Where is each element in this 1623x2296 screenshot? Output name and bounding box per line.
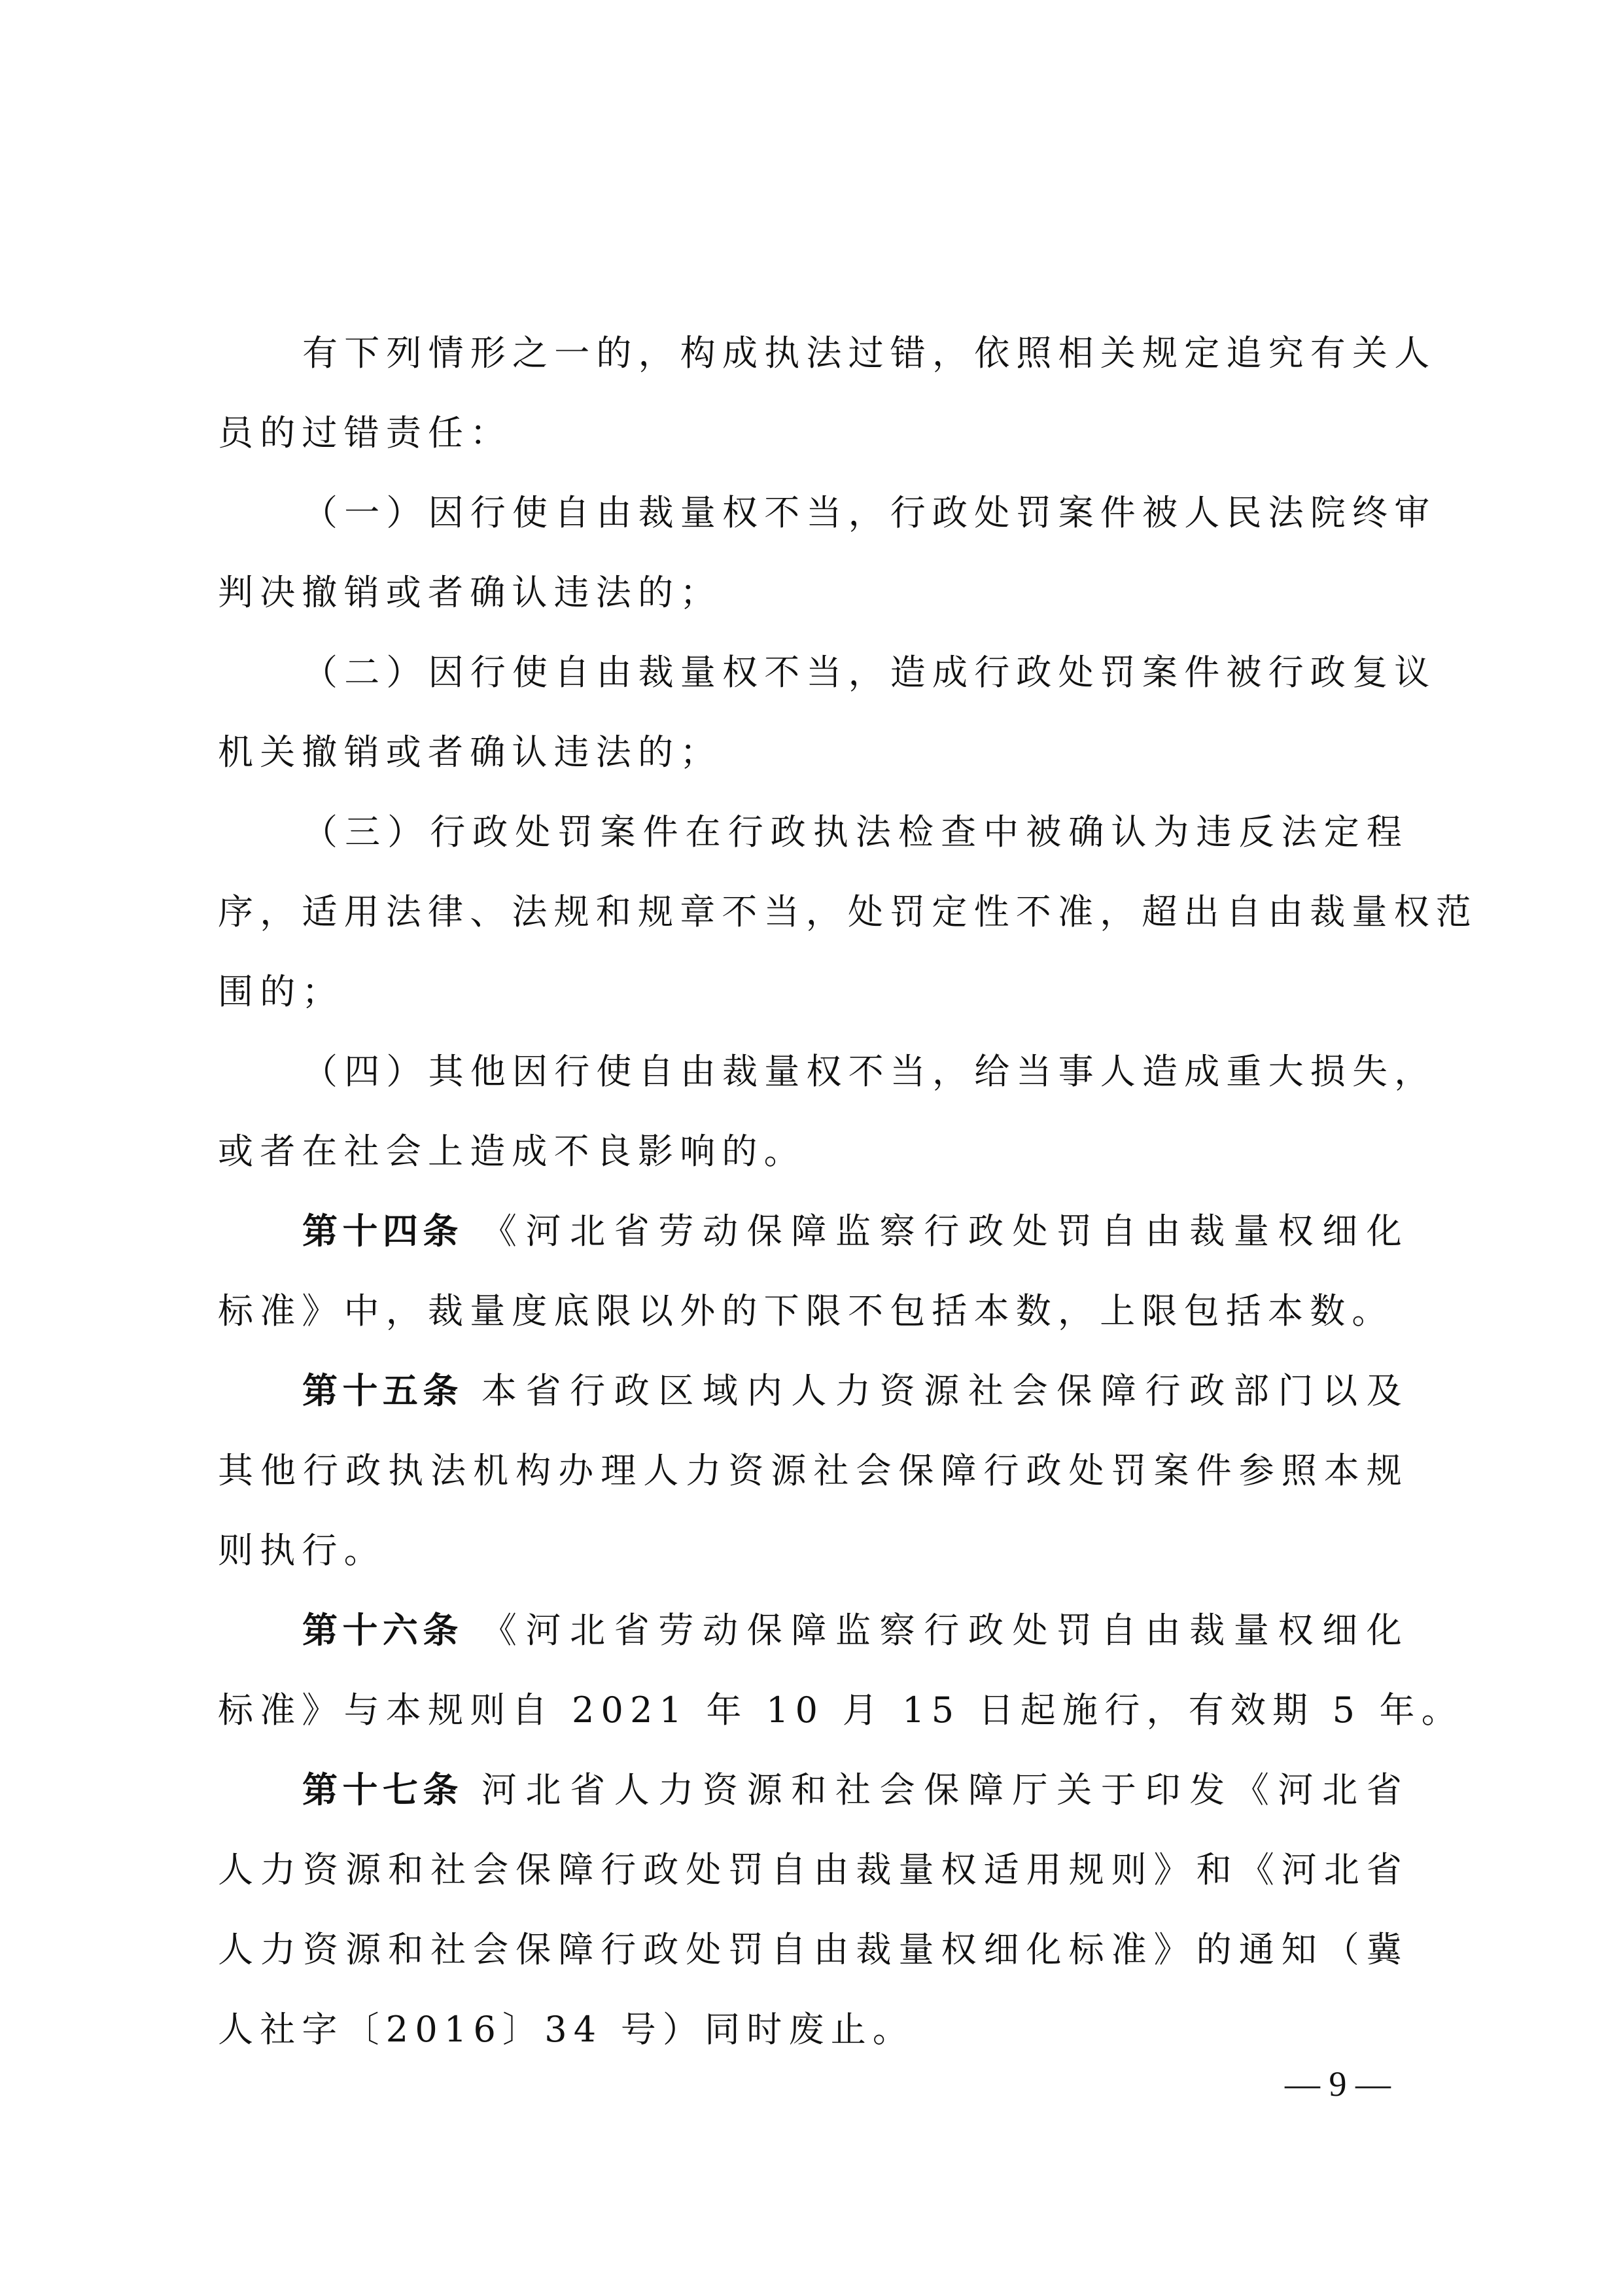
line-text: 标准》与本规则自 2021 年 10 月 15 日起施行，有效期 5 年。: [218, 1689, 1463, 1731]
line-text: 机关撤销或者确认违法的；: [218, 732, 722, 773]
page-number: — 9 —: [1276, 2061, 1400, 2107]
line-text: 人力资源和社会保障行政处罚自由裁量权适用规则》和《河北省: [218, 1849, 1408, 1890]
article-heading: 第十七条: [302, 1769, 463, 1810]
text-line: 人力资源和社会保障行政处罚自由裁量权细化标准》的通知（冀: [218, 1924, 1408, 1976]
text-line: （一）因行使自由裁量权不当，行政处罚案件被人民法院终审: [302, 487, 1408, 539]
document-page: 有下列情形之一的，构成执法过错，依照相关规定追究有关人员的过错责任：（一）因行使…: [0, 0, 1623, 2296]
line-text: （四）其他因行使自由裁量权不当，给当事人造成重大损失，: [302, 1051, 1436, 1092]
text-line: 标准》与本规则自 2021 年 10 月 15 日起施行，有效期 5 年。: [218, 1684, 1408, 1737]
line-text: 围的；: [218, 971, 344, 1012]
line-text: 员的过错责任：: [218, 412, 512, 453]
line-text: 《河北省劳动保障监察行政处罚自由裁量权细化: [481, 1210, 1408, 1252]
article-heading: 第十四条: [302, 1210, 463, 1252]
article-heading: 第十五条: [302, 1370, 463, 1411]
text-line: 围的；: [218, 966, 1408, 1018]
line-text: 人社字〔2016〕34 号）同时废止。: [218, 2009, 915, 2050]
text-line: 判决撤销或者确认违法的；: [218, 567, 1408, 619]
line-text: （三）行政处罚案件在行政执法检查中被确认为违反法定程: [302, 811, 1408, 853]
text-line: 人力资源和社会保障行政处罚自由裁量权适用规则》和《河北省: [218, 1844, 1408, 1896]
line-text: 序，适用法律、法规和规章不当，处罚定性不准，超出自由裁量权范: [218, 891, 1478, 932]
article-line: 第十四条《河北省劳动保障监察行政处罚自由裁量权细化: [302, 1205, 1408, 1258]
line-text: 判决撤销或者确认违法的；: [218, 572, 722, 613]
line-text: 本省行政区域内人力资源社会保障行政部门以及: [481, 1370, 1408, 1411]
text-line: 人社字〔2016〕34 号）同时废止。: [218, 2004, 1408, 2056]
line-text: 标准》中，裁量度底限以外的下限不包括本数，上限包括本数。: [218, 1290, 1394, 1332]
line-text: 《河北省劳动保障监察行政处罚自由裁量权细化: [481, 1610, 1408, 1651]
text-line: 有下列情形之一的，构成执法过错，依照相关规定追究有关人: [302, 327, 1408, 380]
text-line: 其他行政执法机构办理人力资源社会保障行政处罚案件参照本规: [218, 1445, 1408, 1497]
line-text: 人力资源和社会保障行政处罚自由裁量权细化标准》的通知（冀: [218, 1929, 1408, 1970]
text-line: 员的过错责任：: [218, 407, 1408, 459]
article-line: 第十七条河北省人力资源和社会保障厅关于印发《河北省: [302, 1764, 1408, 1816]
article-line: 第十五条本省行政区域内人力资源社会保障行政部门以及: [302, 1365, 1408, 1417]
text-line: 则执行。: [218, 1525, 1408, 1577]
text-line: （四）其他因行使自由裁量权不当，给当事人造成重大损失，: [302, 1046, 1408, 1098]
text-line: 机关撤销或者确认违法的；: [218, 726, 1408, 779]
line-text: 河北省人力资源和社会保障厅关于印发《河北省: [481, 1769, 1408, 1810]
line-text: 有下列情形之一的，构成执法过错，依照相关规定追究有关人: [302, 332, 1436, 374]
article-heading: 第十六条: [302, 1610, 463, 1651]
line-text: 其他行政执法机构办理人力资源社会保障行政处罚案件参照本规: [218, 1450, 1408, 1491]
text-line: （二）因行使自由裁量权不当，造成行政处罚案件被行政复议: [302, 646, 1408, 699]
text-line: （三）行政处罚案件在行政执法检查中被确认为违反法定程: [302, 806, 1408, 858]
line-text: （一）因行使自由裁量权不当，行政处罚案件被人民法院终审: [302, 492, 1436, 533]
text-line: 或者在社会上造成不良影响的。: [218, 1125, 1408, 1178]
line-text: （二）因行使自由裁量权不当，造成行政处罚案件被行政复议: [302, 652, 1436, 693]
article-line: 第十六条《河北省劳动保障监察行政处罚自由裁量权细化: [302, 1604, 1408, 1657]
line-text: 或者在社会上造成不良影响的。: [218, 1131, 806, 1172]
line-text: 则执行。: [218, 1530, 386, 1571]
text-line: 序，适用法律、法规和规章不当，处罚定性不准，超出自由裁量权范: [218, 886, 1408, 938]
text-line: 标准》中，裁量度底限以外的下限不包括本数，上限包括本数。: [218, 1285, 1408, 1337]
